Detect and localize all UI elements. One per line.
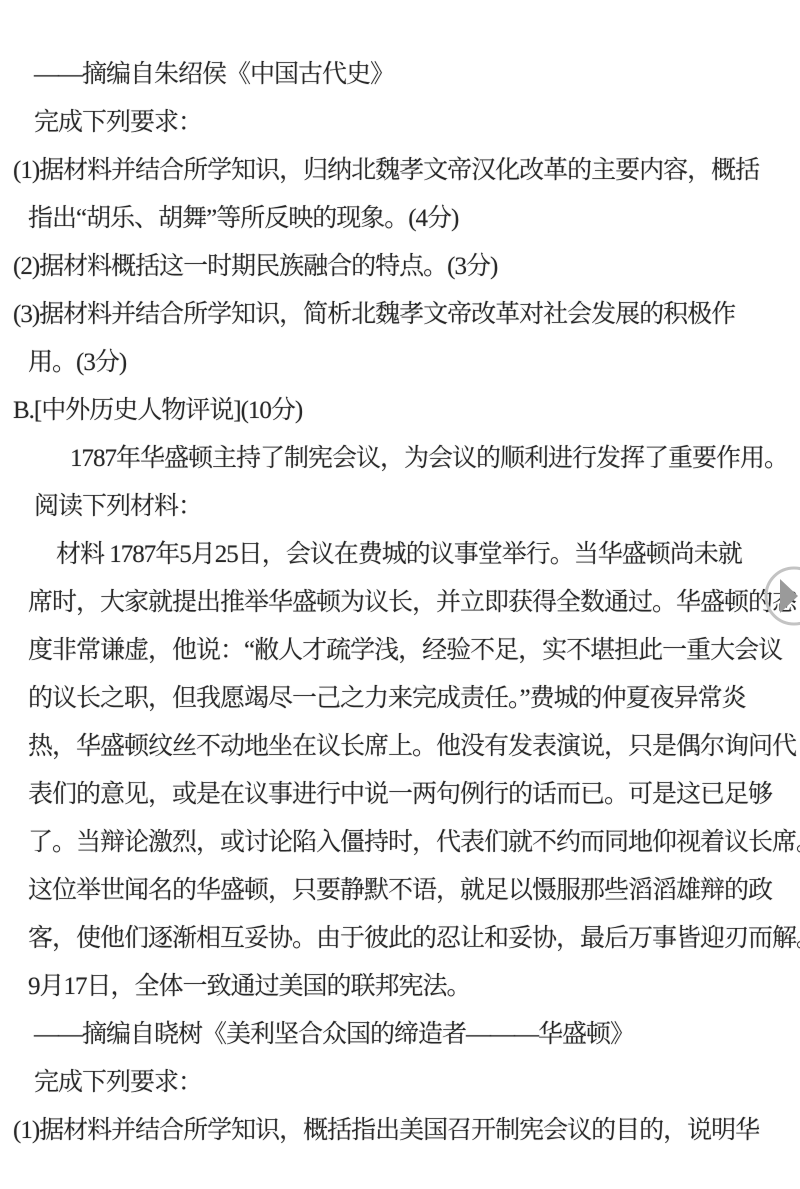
prompt-complete-requirements-2: 完成下列要求： <box>0 1059 800 1107</box>
citation-zhu-shaohou: ——摘编自朱绍侯《中国古代史》 <box>0 51 800 99</box>
question-a2: (2)据材料概括这一时期民族融合的特点。(3分) <box>0 243 800 291</box>
material-text-line-8: 这位举世闻名的华盛顿，只要静默不语，就足以慑服那些滔滔雄辩的政 <box>0 867 800 915</box>
document-page: ——摘编自朱绍侯《中国古代史》 完成下列要求： (1)据材料并结合所学知识，归纳… <box>0 51 800 1155</box>
material-text-line-10: 9月17日，全体一致通过美国的联邦宪法。 <box>0 963 800 1011</box>
viewer-page: { "page": { "background": "#ffffff", "te… <box>0 0 800 1189</box>
next-page-button[interactable] <box>759 561 800 631</box>
material-text-line-3: 度非常谦虚，他说：“敝人才疏学浅，经验不足，实不堪担此一重大会议 <box>0 627 800 675</box>
citation-xiaoshu: ——摘编自晓树《美利坚合众国的缔造者———华盛顿》 <box>0 1011 800 1059</box>
question-b1-line-1: (1)据材料并结合所学知识，概括指出美国召开制宪会议的目的，说明华 <box>0 1107 800 1155</box>
material-text-line-6: 表们的意见，或是在议事进行中说一两句例行的话而已。可是这已足够 <box>0 771 800 819</box>
question-a1-line-2: 指出“胡乐、胡舞”等所反映的现象。(4分) <box>0 195 800 243</box>
material-text-line-4: 的议长之职，但我愿竭尽一己之力来完成责任。”费城的仲夏夜异常炎 <box>0 675 800 723</box>
material-text-line-5: 热，华盛顿纹丝不动地坐在议长席上。他没有发表演说，只是偶尔询问代 <box>0 723 800 771</box>
read-materials-prompt: 阅读下列材料： <box>0 483 800 531</box>
play-icon <box>759 561 800 631</box>
question-a3-line-1: (3)据材料并结合所学知识，简析北魏孝文帝改革对社会发展的积极作 <box>0 291 800 339</box>
question-a3-line-2: 用。(3分) <box>0 339 800 387</box>
section-b-header: B.[中外历史人物评说](10分) <box>0 387 800 435</box>
prompt-complete-requirements: 完成下列要求： <box>0 99 800 147</box>
material-text-line-2: 席时，大家就提出推举华盛顿为议长，并立即获得全数通过。华盛顿的态 <box>0 579 800 627</box>
section-b-intro: 1787年华盛顿主持了制宪会议，为会议的顺利进行发挥了重要作用。 <box>0 435 800 483</box>
material-text-line-9: 客，使他们逐渐相互妥协。由于彼此的忍让和妥协，最后万事皆迎刃而解。 <box>0 915 800 963</box>
material-text-line-1: 材料 1787年5月25日，会议在费城的议事堂举行。当华盛顿尚未就 <box>0 531 800 579</box>
question-a1-line-1: (1)据材料并结合所学知识，归纳北魏孝文帝汉化改革的主要内容，概括 <box>0 147 800 195</box>
material-text-line-7: 了。当辩论激烈，或讨论陷入僵持时，代表们就不约而同地仰视着议长席。 <box>0 819 800 867</box>
